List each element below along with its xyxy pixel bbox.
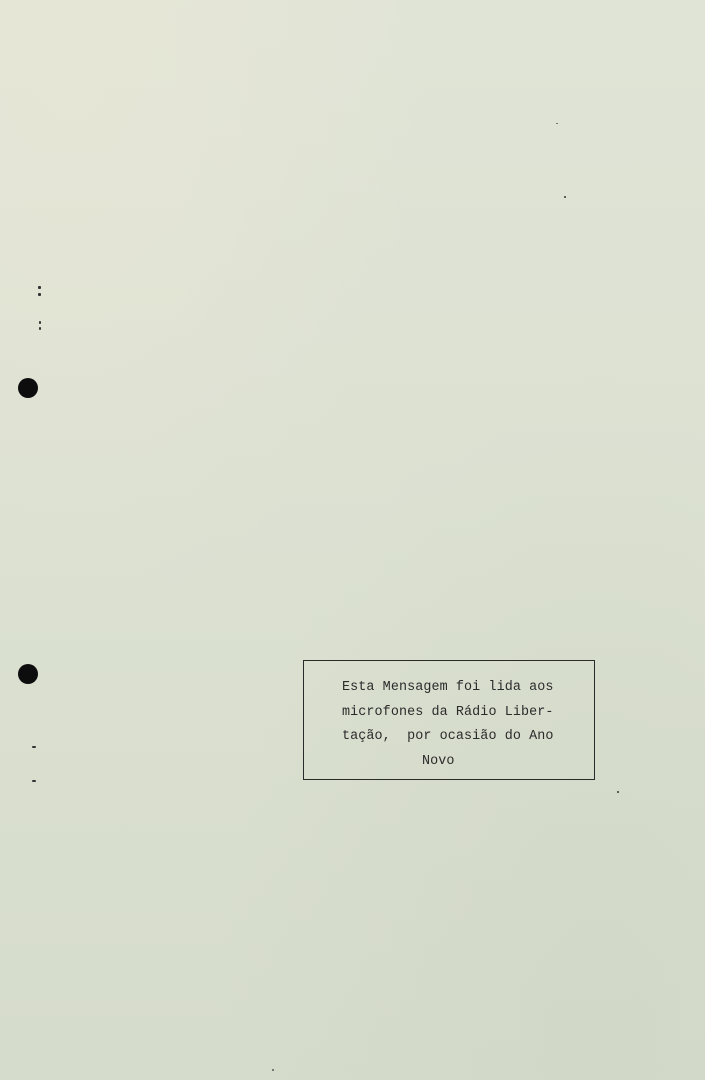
punch-hole-bottom [18, 664, 38, 684]
speck [39, 327, 41, 330]
note-line-4: Novo [342, 750, 582, 775]
punch-hole-top [18, 378, 38, 398]
note-line-3: tação, por ocasião do Ano [342, 725, 582, 750]
speck [556, 123, 558, 124]
speck [39, 321, 41, 324]
speck [38, 293, 41, 296]
note-box: Esta Mensagem foi lida aos microfones da… [303, 660, 595, 780]
document-page: Esta Mensagem foi lida aos microfones da… [0, 0, 705, 1080]
speck [38, 286, 41, 289]
speck [32, 780, 36, 782]
speck [564, 196, 566, 198]
note-line-2: microfones da Rádio Liber- [342, 701, 582, 726]
note-text: Esta Mensagem foi lida aos microfones da… [342, 676, 582, 774]
speck [32, 746, 36, 748]
speck [617, 791, 619, 793]
note-line-1: Esta Mensagem foi lida aos [342, 676, 582, 701]
speck [272, 1069, 274, 1071]
